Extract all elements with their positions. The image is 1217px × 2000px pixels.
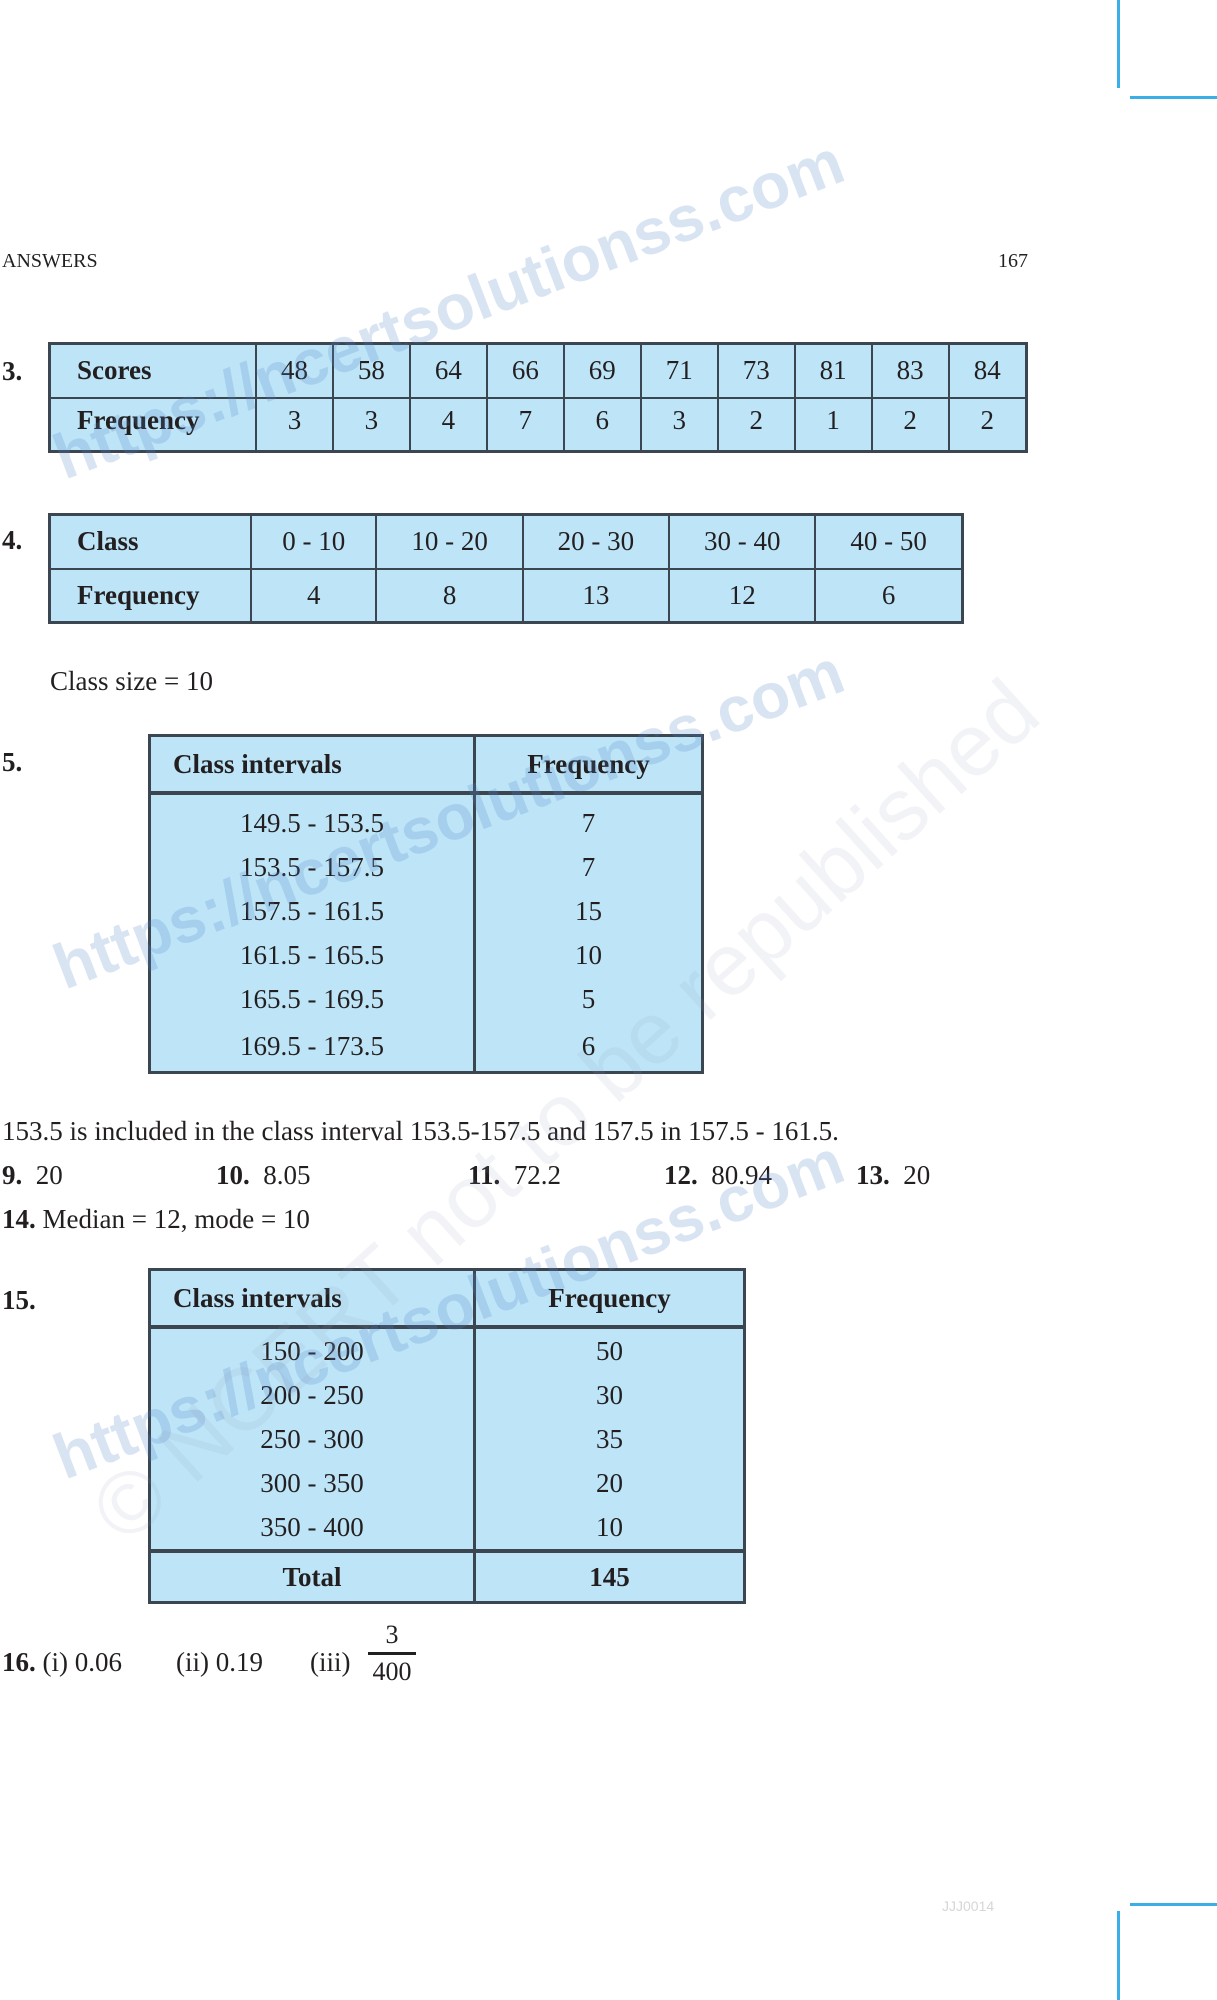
total-label: Total [150,1551,475,1603]
table-cell: 3 [256,398,333,452]
table-cell: 35 [475,1417,745,1461]
table-cell: 50 [475,1327,745,1373]
answer-10: 10. 8.05 [216,1160,311,1191]
table-cell: 2 [718,398,795,452]
answer-value: 80.94 [711,1160,772,1190]
table-cell: 2 [949,398,1027,452]
table-header-row: Class intervals Frequency [150,736,703,794]
table-cell: 81 [795,344,872,398]
column-header-frequency: Frequency [475,1270,745,1328]
answer-number: 10. [216,1160,250,1190]
running-head: ANSWERS [2,250,98,273]
question-number-4: 4. [2,525,22,556]
table-cell: 161.5 - 165.5 [150,933,475,977]
class-intervals-table-q5: Class intervals Frequency 149.5 - 153.57… [148,734,704,1074]
footer-code: JJJ0014 [942,1898,994,1914]
table-row-scores: Scores 48 58 64 66 69 71 73 81 83 84 [50,344,1027,398]
class-intervals-table-q15: Class intervals Frequency 150 - 20050 20… [148,1268,746,1604]
table-cell: 169.5 - 173.5 [150,1021,475,1073]
table-cell: 20 [475,1461,745,1505]
table-row: 161.5 - 165.510 [150,933,703,977]
answer-number: 9. [2,1160,22,1190]
answer-12: 12. 80.94 [664,1160,772,1191]
answer-number: 16. [2,1647,36,1677]
table-cell: 12 [669,569,815,623]
class-frequency-table: Class 0 - 10 10 - 20 20 - 30 30 - 40 40 … [48,513,964,624]
table-cell: 7 [487,398,564,452]
answer-number: 13. [856,1160,890,1190]
answer-14: 14. Median = 12, mode = 10 [2,1204,310,1235]
answer-number: 12. [664,1160,698,1190]
table-row: 153.5 - 157.57 [150,845,703,889]
table-cell: 153.5 - 157.5 [150,845,475,889]
table-cell: 84 [949,344,1027,398]
table-cell: 4 [410,398,487,452]
table-cell: 7 [475,793,703,845]
table-cell: 200 - 250 [150,1373,475,1417]
answer-9: 9. 20 [2,1160,63,1191]
answer-value: Median = 12, mode = 10 [43,1204,310,1234]
answer-13: 13. 20 [856,1160,930,1191]
table-cell: 64 [410,344,487,398]
class-size-note: Class size = 10 [50,666,213,697]
question-number-5: 5. [2,747,22,778]
column-header-frequency: Frequency [475,736,703,794]
table-row-frequency: Frequency 3 3 4 7 6 3 2 1 2 2 [50,398,1027,452]
table-cell: 10 [475,1505,745,1551]
table-cell: 71 [641,344,718,398]
row-header-scores: Scores [50,344,257,398]
crop-mark-bottom-vertical [1117,1911,1120,2000]
table-cell: 10 - 20 [376,515,522,569]
fraction: 3 400 [368,1620,416,1687]
answer-16-part-iii-label: (iii) [310,1647,351,1678]
table-cell: 48 [256,344,333,398]
table-cell: 66 [487,344,564,398]
scores-frequency-table: Scores 48 58 64 66 69 71 73 81 83 84 Fre… [48,342,1028,453]
table-cell: 0 - 10 [251,515,376,569]
table-cell: 150 - 200 [150,1327,475,1373]
column-header-class-intervals: Class intervals [150,736,475,794]
answer-11: 11. 72.2 [468,1160,561,1191]
answer-16: 16. (i) 0.06 [2,1647,122,1678]
answer-16-part-ii: (ii) 0.19 [176,1647,263,1678]
table-row-frequency: Frequency 4 8 13 12 6 [50,569,963,623]
table-row: 157.5 - 161.515 [150,889,703,933]
table-header-row: Class intervals Frequency [150,1270,745,1328]
table-cell: 6 [475,1021,703,1073]
table-row: 250 - 30035 [150,1417,745,1461]
column-header-class-intervals: Class intervals [150,1270,475,1328]
table-row: 165.5 - 169.55 [150,977,703,1021]
answer-value: 20 [36,1160,63,1190]
answer-number: 14. [2,1204,36,1234]
table-row: 149.5 - 153.57 [150,793,703,845]
q5-note: 153.5 is included in the class interval … [2,1116,839,1147]
table-cell: 165.5 - 169.5 [150,977,475,1021]
table-cell: 1 [795,398,872,452]
page-number: 167 [998,250,1028,273]
table-row: 350 - 40010 [150,1505,745,1551]
answer-number: 11. [468,1160,500,1190]
question-number-15: 15. [2,1285,36,1316]
table-cell: 6 [815,569,962,623]
table-row: 150 - 20050 [150,1327,745,1373]
table-cell: 10 [475,933,703,977]
table-cell: 157.5 - 161.5 [150,889,475,933]
table-cell: 3 [641,398,718,452]
table-cell: 350 - 400 [150,1505,475,1551]
answer-value: 72.2 [514,1160,561,1190]
answer-value: 8.05 [263,1160,310,1190]
row-header-class: Class [50,515,252,569]
crop-mark-top-horizontal [1130,96,1217,99]
table-cell: 149.5 - 153.5 [150,793,475,845]
table-cell: 73 [718,344,795,398]
table-row: 300 - 35020 [150,1461,745,1505]
table-cell: 69 [564,344,641,398]
answer-value: 20 [903,1160,930,1190]
table-cell: 2 [872,398,949,452]
table-row-class: Class 0 - 10 10 - 20 20 - 30 30 - 40 40 … [50,515,963,569]
table-total-row: Total 145 [150,1551,745,1603]
answer-part-i: (i) 0.06 [43,1647,122,1677]
table-row: 200 - 25030 [150,1373,745,1417]
total-value: 145 [475,1551,745,1603]
row-header-frequency: Frequency [50,569,252,623]
table-cell: 40 - 50 [815,515,962,569]
crop-mark-top-vertical [1117,0,1120,88]
table-cell: 300 - 350 [150,1461,475,1505]
table-cell: 13 [523,569,669,623]
crop-mark-bottom-horizontal [1130,1903,1217,1906]
fraction-numerator: 3 [368,1620,416,1655]
table-cell: 58 [333,344,410,398]
table-cell: 250 - 300 [150,1417,475,1461]
table-cell: 8 [376,569,522,623]
table-cell: 15 [475,889,703,933]
fraction-denominator: 400 [368,1655,416,1687]
table-cell: 30 - 40 [669,515,815,569]
table-cell: 20 - 30 [523,515,669,569]
table-cell: 6 [564,398,641,452]
table-row: 169.5 - 173.56 [150,1021,703,1073]
table-cell: 4 [251,569,376,623]
table-cell: 3 [333,398,410,452]
table-cell: 5 [475,977,703,1021]
table-cell: 7 [475,845,703,889]
row-header-frequency: Frequency [50,398,257,452]
table-cell: 30 [475,1373,745,1417]
question-number-3: 3. [2,356,22,387]
table-cell: 83 [872,344,949,398]
